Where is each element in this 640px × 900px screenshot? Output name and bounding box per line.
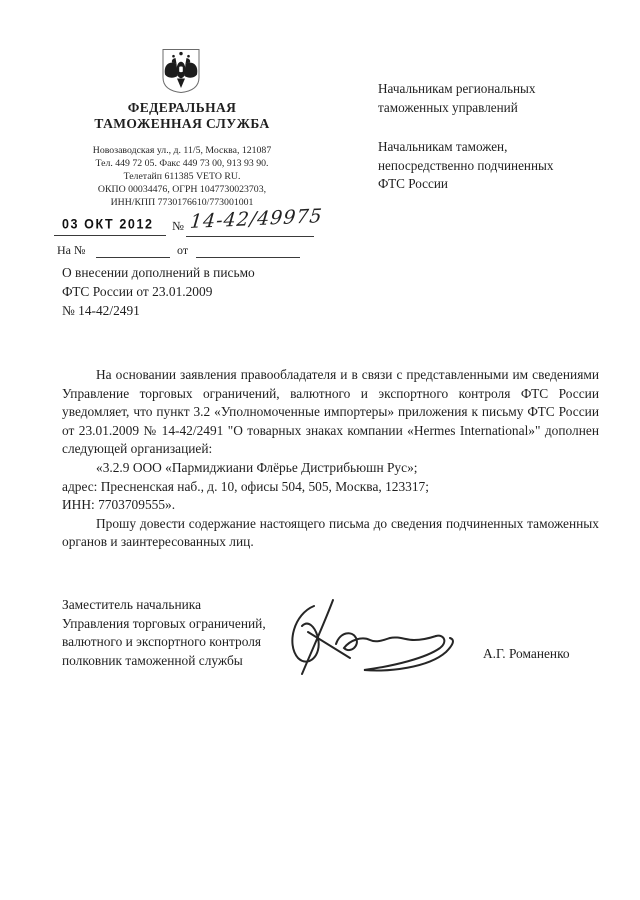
signature-icon [278,596,468,678]
body-paragraph-inn: ИНН: 7703709555». [62,496,599,515]
body-paragraph-request: Прошу довести содержание настоящего пись… [62,515,599,552]
organization-name: ФЕДЕРАЛЬНАЯ ТАМОЖЕННАЯ СЛУЖБА [42,100,322,132]
date-stamp: 03 ОКТ 2012 [62,216,154,231]
letterhead-address: Новозаводская ул., д. 11/5, Москва, 1210… [32,144,332,209]
body-paragraph: На основании заявления правообладателя и… [62,366,599,459]
reply-number-underline [96,257,170,258]
reply-date-label: от [177,243,188,258]
recipient-customs-offices: Начальникам таможен, непосредственно под… [378,138,608,194]
recipients-block: Начальникам региональных таможенных упра… [378,80,608,215]
signer-name: А.Г. Романенко [483,646,570,662]
coat-of-arms-icon [160,48,202,94]
recipient-regional-administrations: Начальникам региональных таможенных упра… [378,80,608,117]
reply-date-underline [196,257,300,258]
reply-number-label: На № [57,243,85,258]
letter-body: На основании заявления правообладателя и… [62,366,599,552]
body-paragraph-organization: «3.2.9 ООО «Пармиджиани Флёрье Дистрибью… [62,459,599,478]
letter-subject: О внесении дополнений в письмо ФТС Росси… [62,264,362,320]
date-underline [54,235,166,236]
document-page: ФЕДЕРАЛЬНАЯ ТАМОЖЕННАЯ СЛУЖБА Новозаводс… [0,0,640,900]
number-sign-label: № [172,219,184,234]
body-paragraph-address: адрес: Пресненская наб., д. 10, офисы 50… [62,478,599,497]
number-underline [186,236,314,237]
outgoing-number-handwritten: 14-42/49975 [189,205,324,233]
